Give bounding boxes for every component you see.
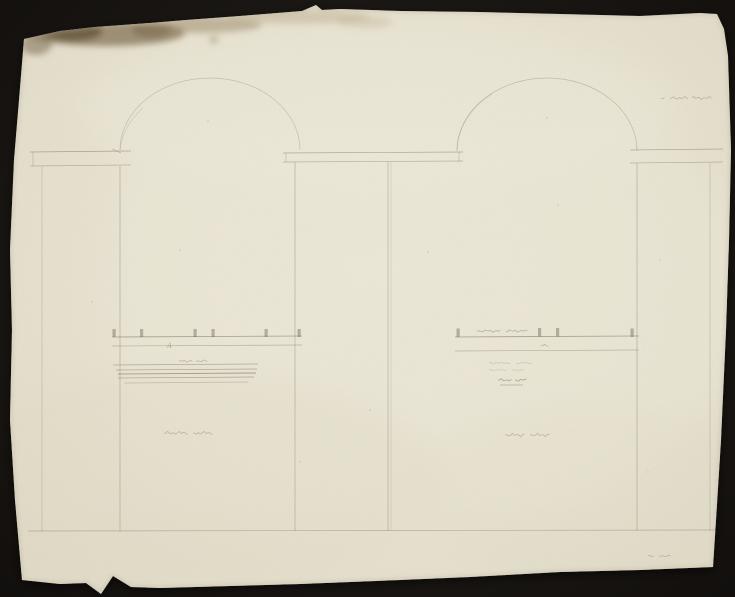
sheet-svg: A (0, 0, 735, 597)
paper-grain-texture (0, 0, 735, 597)
photograph-background: A (0, 0, 735, 597)
